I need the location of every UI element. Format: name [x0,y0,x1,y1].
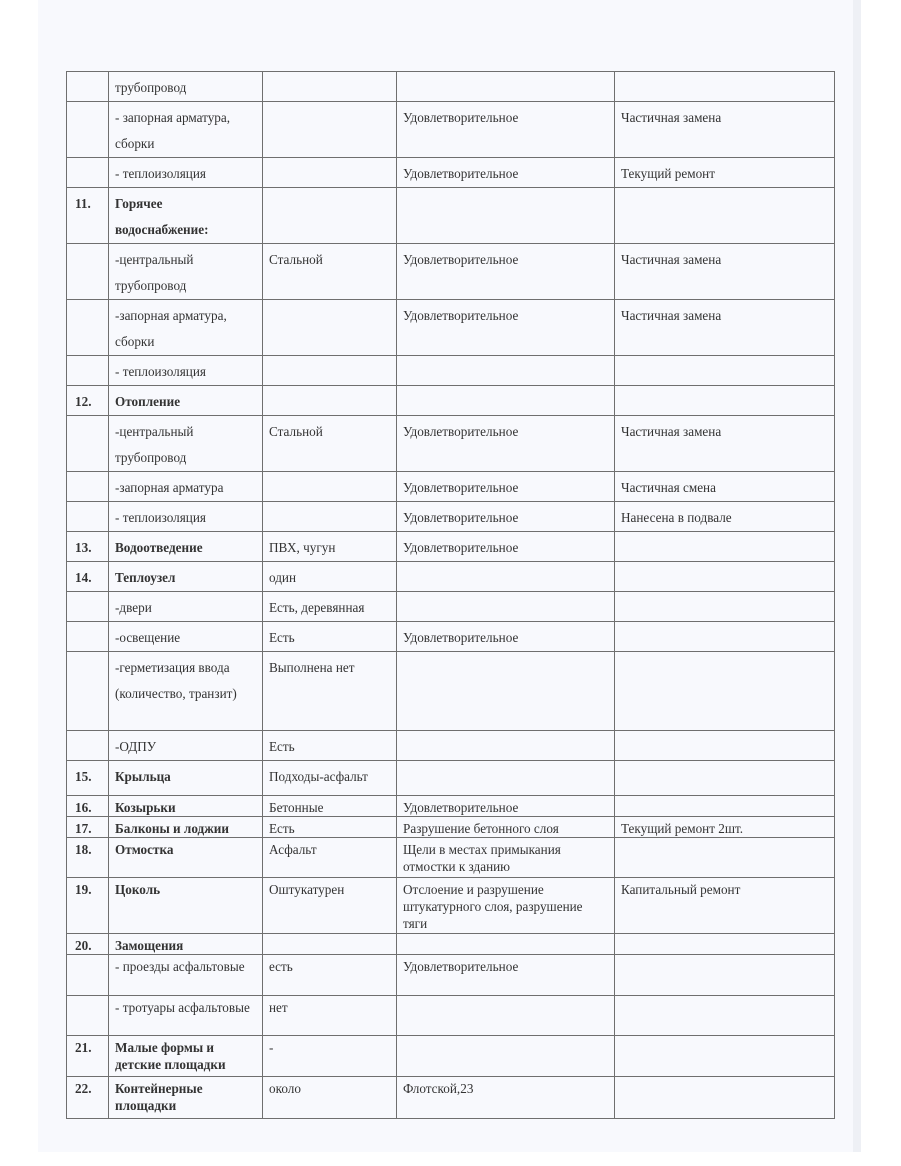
material-cell: Стальной [263,244,397,300]
table-row: 17.Балконы и лоджииЕстьРазрушение бетонн… [67,817,835,838]
table-row: - теплоизоляцияУдовлетворительноеНанесен… [67,502,835,532]
material-cell: около [263,1077,397,1119]
table-row: -двериЕсть, деревянная [67,592,835,622]
action-cell [615,356,835,386]
action-cell [615,838,835,878]
item-number-cell [67,652,109,731]
item-number-cell: 13. [67,532,109,562]
item-number-cell: 18. [67,838,109,878]
table-row: 14.Теплоузелодин [67,562,835,592]
condition-cell: Щели в местах примыкания отмостки к здан… [397,838,615,878]
item-name-cell: трубопровод [109,72,263,102]
condition-cell: Удовлетворительное [397,102,615,158]
action-cell [615,188,835,244]
item-name-cell: Горячее водоснабжение: [109,188,263,244]
page-edge-shadow [853,0,861,1152]
action-cell [615,796,835,817]
inspection-table: трубопровод- запорная арматура, сборкиУд… [66,71,835,1119]
action-cell: Частичная замена [615,102,835,158]
item-name-cell: -двери [109,592,263,622]
item-number-cell [67,731,109,761]
item-name-cell: -герметизация ввода (количество, транзит… [109,652,263,731]
condition-cell [397,1036,615,1077]
table-row: 22.Контейнерные площадкиоколоФлотской,23 [67,1077,835,1119]
item-name-cell: Замощения [109,934,263,955]
action-cell [615,532,835,562]
material-cell: ПВХ, чугун [263,532,397,562]
material-cell: Есть [263,817,397,838]
material-cell [263,356,397,386]
condition-cell: Удовлетворительное [397,472,615,502]
item-number-cell: 11. [67,188,109,244]
item-number-cell: 19. [67,878,109,934]
table-row: -запорная арматураУдовлетворительноеЧаст… [67,472,835,502]
item-name-cell: - запорная арматура, сборки [109,102,263,158]
item-name-cell: - теплоизоляция [109,356,263,386]
item-number-cell: 12. [67,386,109,416]
material-cell [263,72,397,102]
item-name-cell: - тротуары асфальтовые [109,996,263,1036]
item-number-cell [67,472,109,502]
item-number-cell [67,158,109,188]
table-row: - теплоизоляция [67,356,835,386]
table-row: 19.ЦокольОштукатуренОтслоение и разрушен… [67,878,835,934]
material-cell [263,102,397,158]
action-cell [615,934,835,955]
item-number-cell [67,102,109,158]
item-number-cell: 14. [67,562,109,592]
action-cell [615,72,835,102]
action-cell: Частичная замена [615,416,835,472]
action-cell [615,1077,835,1119]
item-number-cell [67,356,109,386]
inspection-table-body: трубопровод- запорная арматура, сборкиУд… [67,72,835,1119]
action-cell [615,955,835,996]
item-name-cell: Теплоузел [109,562,263,592]
item-name-cell: -запорная арматура [109,472,263,502]
table-row: -герметизация ввода (количество, транзит… [67,652,835,731]
item-name-cell: Отмостка [109,838,263,878]
action-cell: Капитальный ремонт [615,878,835,934]
material-cell: нет [263,996,397,1036]
action-cell: Частичная замена [615,300,835,356]
condition-cell: Удовлетворительное [397,158,615,188]
material-cell: Есть [263,731,397,761]
table-row: - теплоизоляцияУдовлетворительноеТекущий… [67,158,835,188]
condition-cell [397,761,615,796]
condition-cell [397,996,615,1036]
action-cell: Текущий ремонт [615,158,835,188]
material-cell [263,300,397,356]
condition-cell [397,731,615,761]
material-cell: Есть, деревянная [263,592,397,622]
condition-cell: Разрушение бетонного слоя [397,817,615,838]
condition-cell: Флотской,23 [397,1077,615,1119]
action-cell: Частичная смена [615,472,835,502]
material-cell [263,502,397,532]
material-cell: Стальной [263,416,397,472]
item-name-cell: Малые формы и детские площадки [109,1036,263,1077]
item-name-cell: Контейнерные площадки [109,1077,263,1119]
action-cell [615,761,835,796]
item-name-cell: Балконы и лоджии [109,817,263,838]
action-cell [615,996,835,1036]
action-cell: Частичная замена [615,244,835,300]
condition-cell: Удовлетворительное [397,796,615,817]
item-name-cell: Водоотведение [109,532,263,562]
table-row: 18.ОтмосткаАсфальтЩели в местах примыкан… [67,838,835,878]
condition-cell [397,356,615,386]
material-cell: есть [263,955,397,996]
action-cell: Текущий ремонт 2шт. [615,817,835,838]
item-number-cell [67,622,109,652]
material-cell: Асфальт [263,838,397,878]
material-cell: Есть [263,622,397,652]
table-row: трубопровод [67,72,835,102]
action-cell [615,1036,835,1077]
item-name-cell: -центральный трубопровод [109,244,263,300]
action-cell [615,562,835,592]
item-name-cell: - проезды асфальтовые [109,955,263,996]
item-name-cell: -запорная арматура, сборки [109,300,263,356]
item-name-cell: - теплоизоляция [109,502,263,532]
item-name-cell: - теплоизоляция [109,158,263,188]
table-row: -ОДПУЕсть [67,731,835,761]
action-cell [615,386,835,416]
item-name-cell: Козырьки [109,796,263,817]
condition-cell [397,188,615,244]
item-number-cell [67,592,109,622]
material-cell [263,386,397,416]
item-number-cell [67,72,109,102]
condition-cell [397,562,615,592]
action-cell [615,731,835,761]
condition-cell [397,934,615,955]
table-row: -центральный трубопроводСтальнойУдовлетв… [67,416,835,472]
item-number-cell [67,416,109,472]
item-number-cell [67,996,109,1036]
condition-cell [397,386,615,416]
item-number-cell [67,502,109,532]
material-cell: Бетонные [263,796,397,817]
item-name-cell: -центральный трубопровод [109,416,263,472]
material-cell [263,472,397,502]
table-row: 20.Замощения [67,934,835,955]
item-name-cell: Цоколь [109,878,263,934]
condition-cell: Удовлетворительное [397,532,615,562]
table-row: -запорная арматура, сборкиУдовлетворител… [67,300,835,356]
material-cell: Выполнена нет [263,652,397,731]
table-row: - проезды асфальтовыеестьУдовлетворитель… [67,955,835,996]
item-number-cell: 16. [67,796,109,817]
table-row: -центральный трубопроводСтальнойУдовлетв… [67,244,835,300]
condition-cell: Удовлетворительное [397,416,615,472]
item-number-cell: 21. [67,1036,109,1077]
table-row: 11.Горячее водоснабжение: [67,188,835,244]
table-row: 16.КозырькиБетонныеУдовлетворительное [67,796,835,817]
item-number-cell: 15. [67,761,109,796]
material-cell: Оштукатурен [263,878,397,934]
material-cell: один [263,562,397,592]
item-number-cell: 22. [67,1077,109,1119]
item-name-cell: -освещение [109,622,263,652]
table-row: 21.Малые формы и детские площадки- [67,1036,835,1077]
condition-cell [397,72,615,102]
table-row: 13.ВодоотведениеПВХ, чугунУдовлетворител… [67,532,835,562]
item-number-cell [67,955,109,996]
item-name-cell: Отопление [109,386,263,416]
table-row: 12.Отопление [67,386,835,416]
item-number-cell [67,300,109,356]
action-cell [615,622,835,652]
item-number-cell: 17. [67,817,109,838]
table-row: - тротуары асфальтовыенет [67,996,835,1036]
condition-cell [397,652,615,731]
material-cell: - [263,1036,397,1077]
action-cell [615,592,835,622]
condition-cell [397,592,615,622]
condition-cell: Удовлетворительное [397,244,615,300]
table-row: 15.КрыльцаПодходы-асфальт [67,761,835,796]
action-cell: Нанесена в подвале [615,502,835,532]
table-row: - запорная арматура, сборкиУдовлетворите… [67,102,835,158]
condition-cell: Удовлетворительное [397,502,615,532]
item-number-cell: 20. [67,934,109,955]
condition-cell: Отслоение и разрушение штукатурного слоя… [397,878,615,934]
item-name-cell: Крыльца [109,761,263,796]
item-number-cell [67,244,109,300]
material-cell [263,158,397,188]
condition-cell: Удовлетворительное [397,622,615,652]
material-cell [263,934,397,955]
action-cell [615,652,835,731]
item-name-cell: -ОДПУ [109,731,263,761]
condition-cell: Удовлетворительное [397,300,615,356]
material-cell [263,188,397,244]
condition-cell: Удовлетворительное [397,955,615,996]
material-cell: Подходы-асфальт [263,761,397,796]
table-row: -освещениеЕстьУдовлетворительное [67,622,835,652]
